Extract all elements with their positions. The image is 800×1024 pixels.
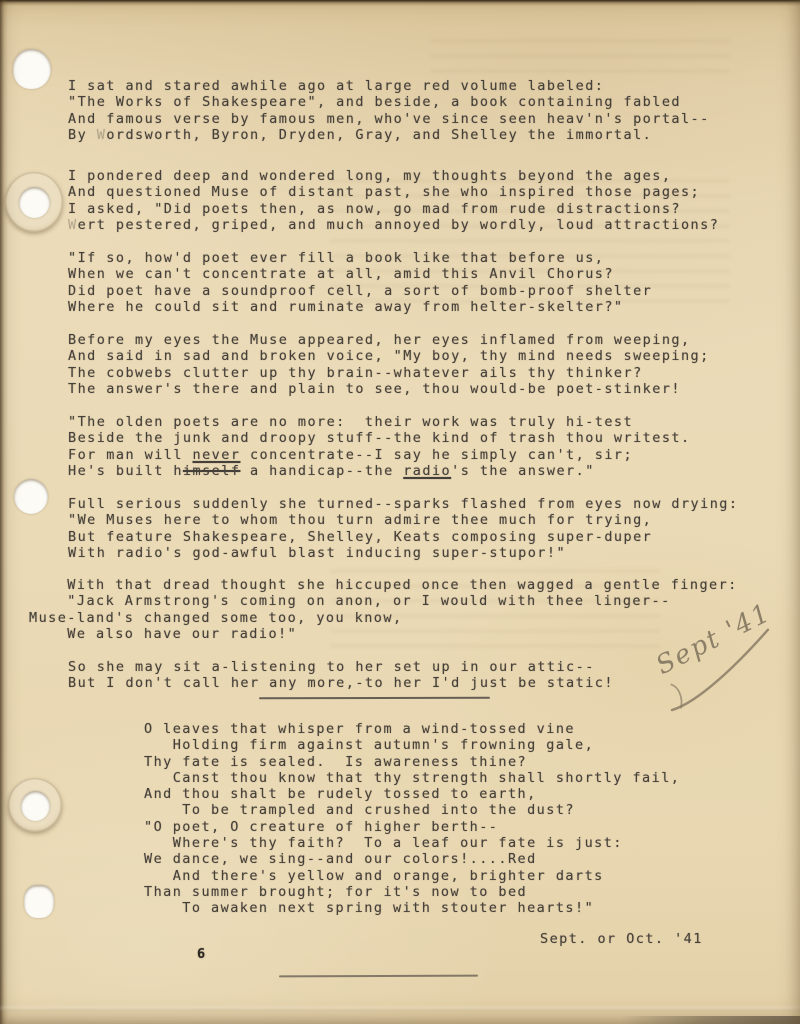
poem-line: Muse-land's changed some too, you know, [29,610,738,626]
page-number-label: 6 [197,946,207,962]
poem-stanza: "The olden poets are no more: their work… [68,414,691,479]
poem-line: "The olden poets are no more: their work… [68,414,691,430]
poem-line: Holding firm against autumn's frowning g… [144,737,680,753]
scan-top-edge [0,0,800,6]
poem-stanza: I sat and stared awhile ago at large red… [68,78,710,143]
poem-line: We dance, we sing--and our colors!....Re… [144,851,680,867]
poem-line: "If so, how'd poet ever fill a book like… [68,250,652,266]
poem-line: O leaves that whisper from a wind-tossed… [144,721,680,737]
poem-stanza: With that dread thought she hiccuped onc… [29,577,738,642]
poem-line: Wert pestered, griped, and much annoyed … [68,217,719,233]
poem-line: I asked, "Did poets then, as now, go mad… [68,201,719,217]
paper-crease [0,1005,800,1011]
poem-stanza: Before my eyes the Muse appeared, her ey… [68,332,710,397]
poem-stanza: Full serious suddenly she turned--sparks… [68,496,738,561]
punch-hole [13,49,51,89]
bleedthrough-ghost-text [430,28,730,74]
poem-line: And there's yellow and orange, brighter … [144,868,680,884]
poem-line: By Wordsworth, Byron, Dryden, Gray, and … [68,127,710,143]
document-page: I sat and stared awhile ago at large red… [0,0,800,1024]
poem-line: Where he could sit and ruminate away fro… [68,299,652,315]
poem-line: But feature Shakespeare, Shelley, Keats … [68,529,738,545]
poem-stanza: "If so, how'd poet ever fill a book like… [68,250,652,315]
poem-line: And questioned Muse of distant past, she… [68,184,719,200]
scan-left-edge [0,0,8,1024]
poem-line: I sat and stared awhile ago at large red… [68,78,710,94]
poem-line: And thou shalt be rudely tossed to earth… [144,786,680,802]
poem-line: Beside the junk and droopy stuff--the ki… [68,430,691,446]
poem-line: When we can't concentrate at all, amid t… [68,266,652,282]
poem-line: Did poet have a soundproof cell, a sort … [68,283,652,299]
poem-line: The answer's there and plain to see, tho… [68,381,710,397]
poem-line: The cobwebs clutter up thy brain--whatev… [68,365,710,381]
poem-line: "Jack Armstrong's coming on anon, or I w… [29,593,738,609]
poem-line: To awaken next spring with stouter heart… [144,900,680,916]
poem-line: Full serious suddenly she turned--sparks… [68,496,738,512]
poem-line: Thy fate is sealed. Is awareness thine? [144,754,680,770]
poem-line: "O poet, O creature of higher berth-- [144,819,680,835]
poem-line: We also have our radio!" [29,626,738,642]
scan-bottom-edge [620,1016,800,1024]
poem-line: Canst thou know that thy strength shall … [144,770,680,786]
poem-stanza: So she may sit a-listening to her set up… [68,659,614,692]
poem-line: With that dread thought she hiccuped onc… [29,577,738,593]
poem-line: And said in sad and broken voice, "My bo… [68,348,710,364]
poem-line: He's built himself a handicap--the radio… [68,463,691,479]
poem-line: "The Works of Shakespeare", and beside, … [68,94,710,110]
poem-line: So she may sit a-listening to her set up… [68,659,614,675]
punch-hole [21,791,50,821]
punch-hole [19,187,50,218]
punch-hole [14,479,48,514]
separator-line [259,697,490,700]
poem-line: I pondered deep and wondered long, my th… [68,168,719,184]
poem-2: O leaves that whisper from a wind-tossed… [144,721,680,917]
poem-line: "We Muses here to whom thou turn admire … [68,512,738,528]
poem-line: But I don't call her any more,-to her I'… [68,675,614,691]
poem-line: To be trampled and crushed into the dust… [144,802,680,818]
poem-line: With radio's god-awful blast inducing su… [68,545,738,561]
punch-hole [24,885,54,918]
poem-line: Than summer brought; for it's now to bed [144,884,680,900]
poem-stanza: I pondered deep and wondered long, my th… [68,168,719,233]
separator-line [279,975,478,978]
poem-line: Where's thy faith? To a leaf our fate is… [144,835,680,851]
poem-line: For man will never concentrate--I say he… [68,447,691,463]
poem-line: And famous verse by famous men, who've s… [68,111,710,127]
poem-line: Before my eyes the Muse appeared, her ey… [68,332,710,348]
typed-date-label: Sept. or Oct. '41 [540,931,703,947]
